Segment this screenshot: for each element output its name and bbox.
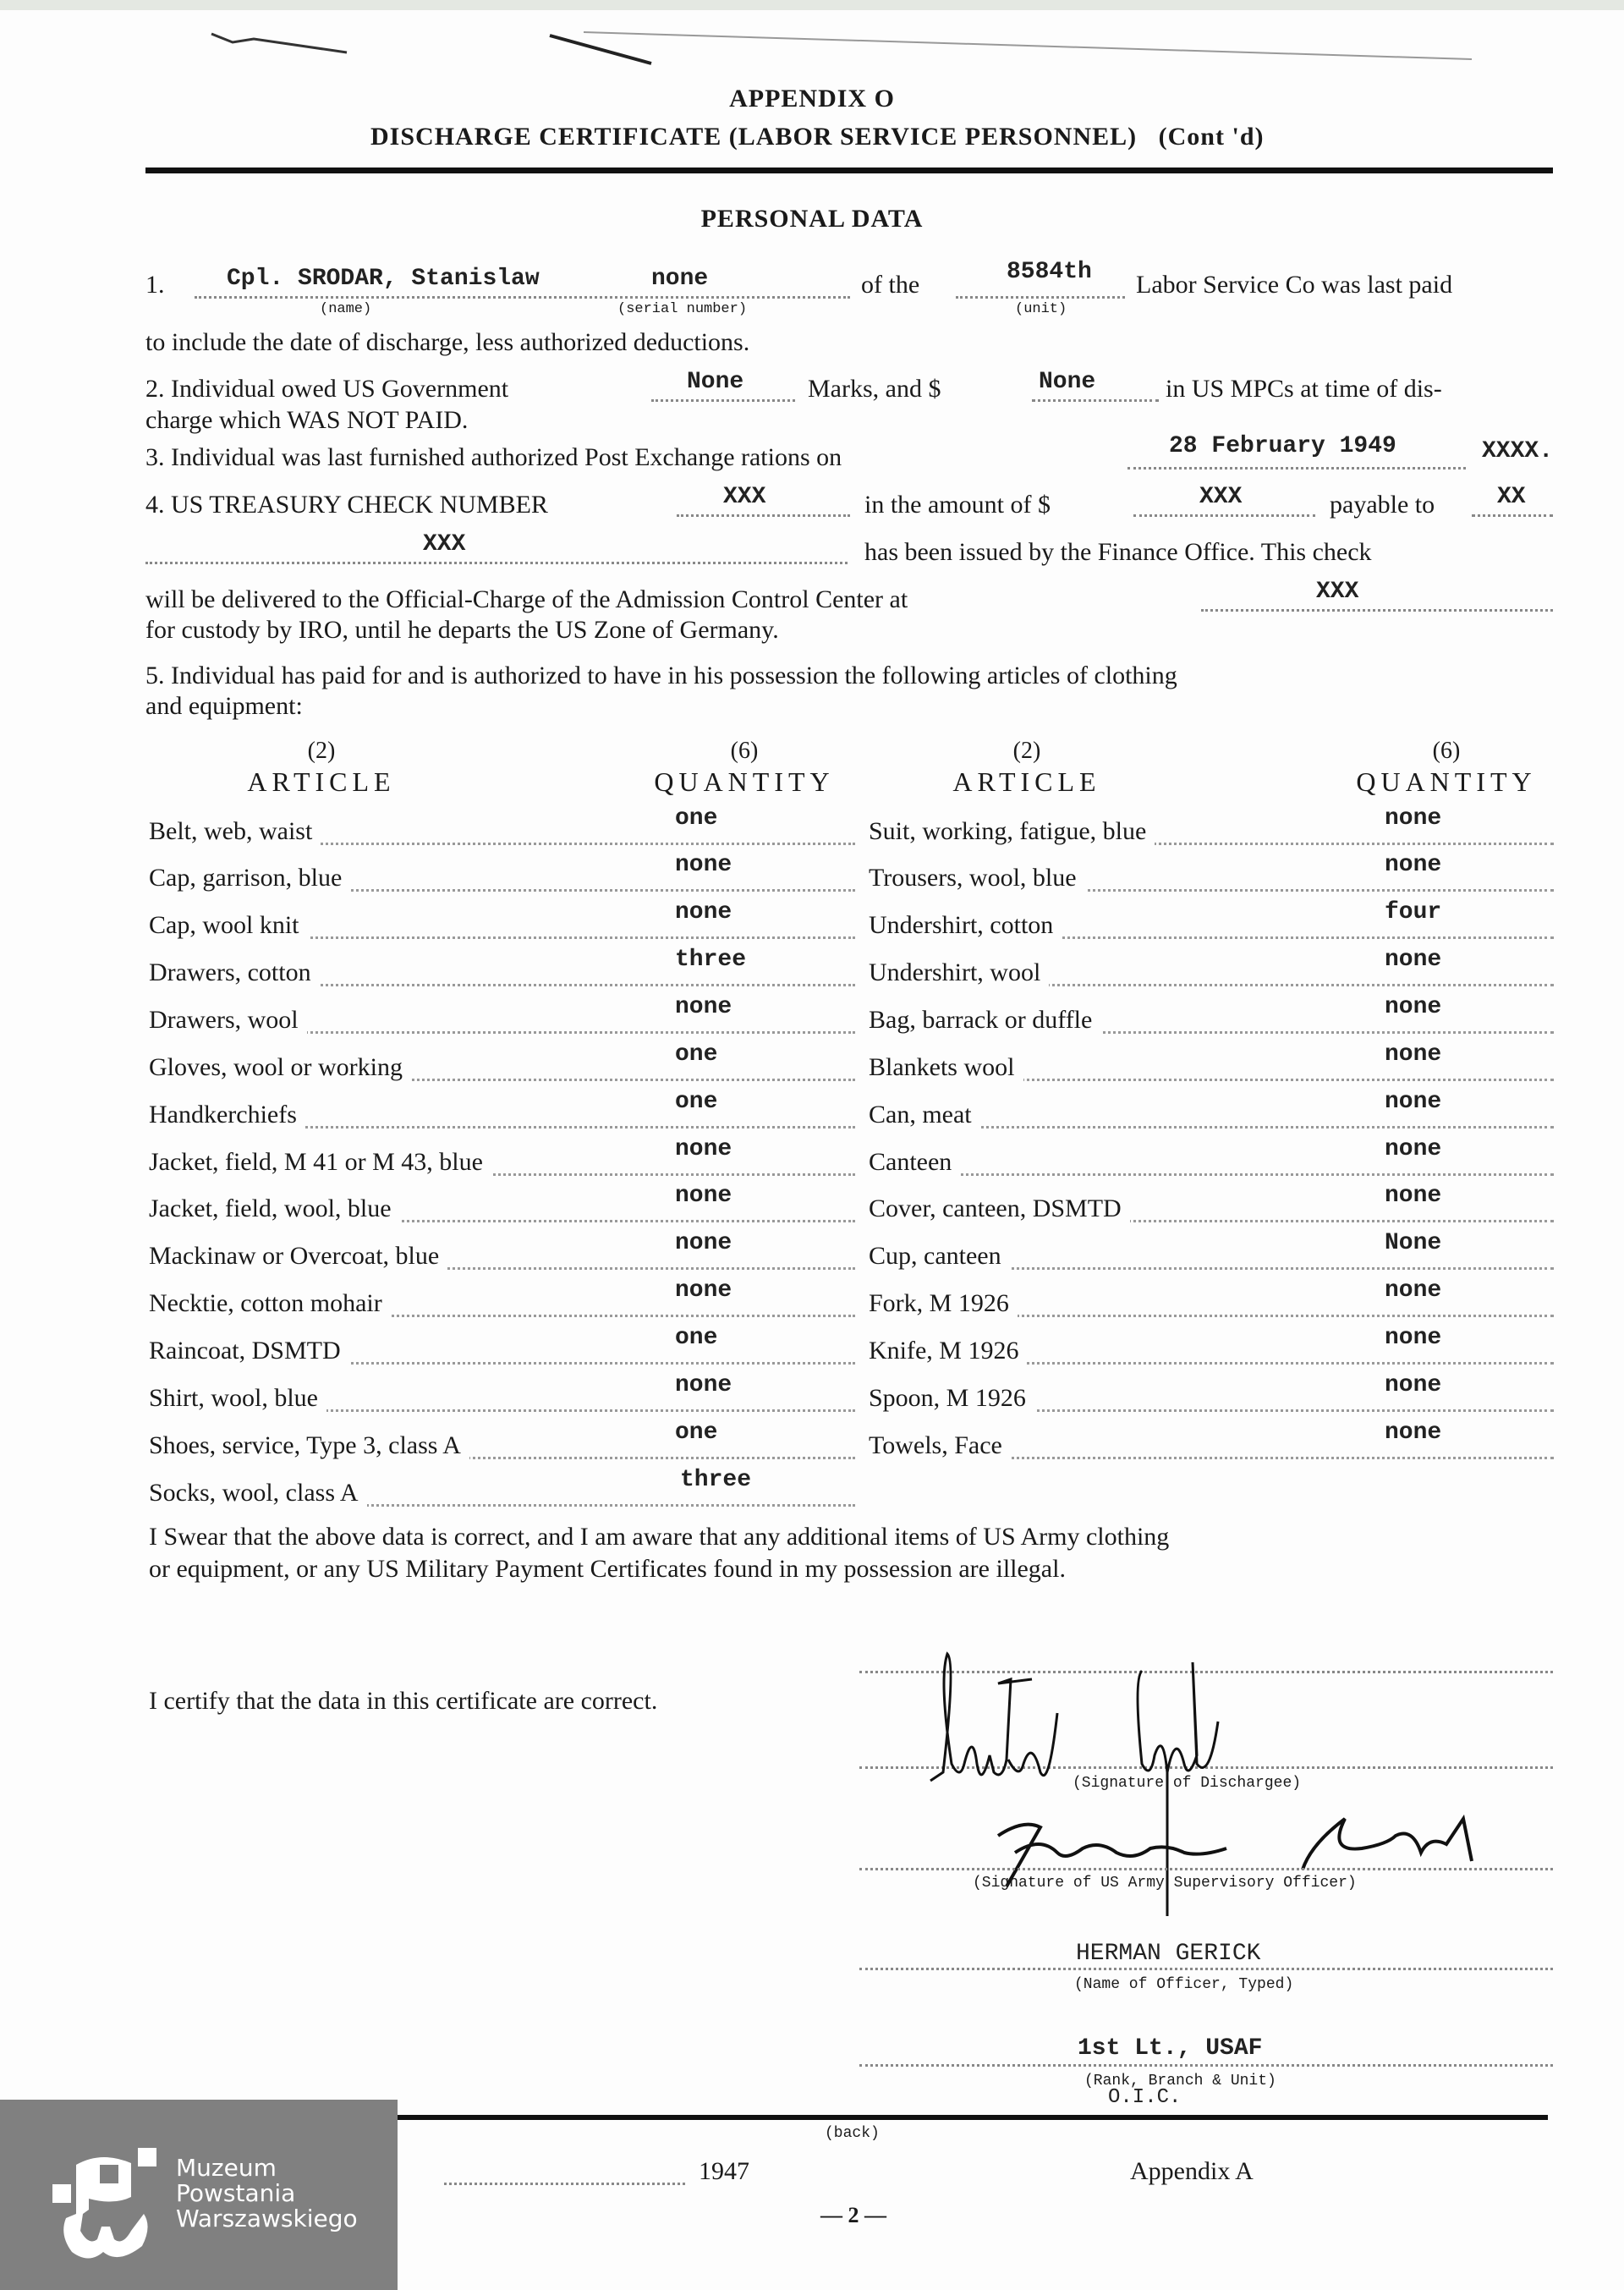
item4-payee-line [145, 562, 848, 564]
table-row: Canteennone [869, 1148, 1554, 1195]
article-qty: none [1385, 1041, 1441, 1068]
article-name: Handkerchiefs [149, 1101, 305, 1129]
col-right-qty-num: (6) [1370, 738, 1522, 765]
item1-of-the: of the [861, 271, 919, 299]
item2-prefix: 2. Individual owed US Government [145, 375, 508, 404]
item4-check-value: XXX [723, 484, 765, 510]
article-qty: none [1385, 1277, 1441, 1304]
article-qty: none [1385, 805, 1441, 832]
museum-watermark: Muzeum Powstania Warszawskiego [0, 2100, 398, 2290]
article-qty: none [675, 1136, 732, 1162]
form-year: 1947 [699, 2157, 749, 2186]
article-name: Mackinaw or Overcoat, blue [149, 1242, 447, 1271]
table-row: Cup, canteenNone [869, 1242, 1554, 1289]
item4-line4: for custody by IRO, until he departs the… [145, 616, 779, 645]
table-row: Mackinaw or Overcoat, bluenone [149, 1242, 855, 1289]
article-qty: one [675, 1325, 717, 1351]
officer-name-line [859, 1968, 1553, 1970]
scan-top-edge [0, 0, 1624, 10]
article-name: Cap, wool knit [149, 911, 308, 940]
article-name: Blankets wool [869, 1053, 1023, 1082]
table-row: Trousers, wool, bluenone [869, 864, 1554, 911]
officer-rank-line [859, 2064, 1553, 2067]
museum-name-line2: Powstania [176, 2181, 358, 2206]
officer-rank-extra: O.I.C. [1108, 2086, 1181, 2109]
table-row: Socks, wool, class Athree [149, 1479, 855, 1526]
article-qty: none [1385, 1420, 1441, 1446]
article-name: Cup, canteen [869, 1242, 1010, 1271]
item3-date-line [1127, 467, 1466, 470]
museum-name-line3: Warszawskiego [176, 2206, 358, 2232]
article-name: Cap, garrison, blue [149, 864, 350, 892]
kotwica-anchor-icon [51, 2146, 165, 2260]
table-row: Necktie, cotton mohairnone [149, 1289, 855, 1337]
museum-name: Muzeum Powstania Warszawskiego [176, 2155, 358, 2232]
article-name: Towels, Face [869, 1431, 1011, 1460]
col-left-article-num: (2) [245, 738, 398, 765]
page-number: — 2 — [820, 2203, 886, 2228]
col-left-article: ARTICLE [203, 766, 440, 798]
article-name: Socks, wool, class A [149, 1479, 367, 1507]
article-qty: one [675, 1089, 717, 1115]
article-qty: none [1385, 994, 1441, 1020]
table-row: Jacket, field, M 41 or M 43, bluenone [149, 1148, 855, 1195]
article-qty: one [675, 1041, 717, 1068]
item4-check-line [677, 514, 850, 517]
officer-rank-value: 1st Lt., USAF [1078, 2035, 1262, 2062]
item3-date-value: 28 February 1949 [1169, 433, 1396, 459]
article-name: Drawers, cotton [149, 958, 320, 987]
article-qty: three [680, 1467, 751, 1493]
article-name: Jacket, field, wool, blue [149, 1194, 400, 1223]
item4-center-value: XXX [1316, 579, 1358, 605]
article-qty: None [1385, 1230, 1441, 1256]
item4-issued-text: has been issued by the Finance Office. T… [864, 538, 1372, 567]
article-name: Knife, M 1926 [869, 1337, 1027, 1365]
item4-amount-line [1133, 514, 1315, 517]
article-name: Raincoat, DSMTD [149, 1337, 349, 1365]
article-name: Undershirt, wool [869, 958, 1049, 987]
section-title: PERSONAL DATA [0, 205, 1624, 233]
col-left-qty-num: (6) [668, 738, 820, 765]
item2-marks-value: None [687, 369, 743, 395]
table-row: Drawers, cottonthree [149, 958, 855, 1006]
article-name: Gloves, wool or working [149, 1053, 411, 1082]
table-row: Undershirt, woolnone [869, 958, 1554, 1006]
document-title-text: DISCHARGE CERTIFICATE (LABOR SERVICE PER… [370, 123, 1137, 151]
article-qty: none [1385, 1136, 1441, 1162]
article-name: Belt, web, waist [149, 817, 321, 846]
officer-signature-caption: (Signature of US Army Supervisory Office… [973, 1875, 1357, 1892]
certify-statement: I certify that the data in this certific… [149, 1687, 657, 1716]
table-row: Fork, M 1926none [869, 1289, 1554, 1337]
table-row: Knife, M 1926none [869, 1337, 1554, 1384]
table-row: Cap, garrison, bluenone [149, 864, 855, 911]
item1-serial-value: none [651, 266, 708, 292]
table-row: Raincoat, DSMTDone [149, 1337, 855, 1384]
col-right-article-num: (2) [951, 738, 1103, 765]
caption-unit: (unit) [1015, 301, 1067, 317]
row-leader-dots [869, 1173, 1554, 1176]
article-qty: none [1385, 852, 1441, 878]
table-row: Cover, canteen, DSMTDnone [869, 1194, 1554, 1242]
article-name: Jacket, field, M 41 or M 43, blue [149, 1148, 491, 1177]
item2-line2: charge which WAS NOT PAID. [145, 406, 468, 435]
article-qty: none [675, 899, 732, 925]
article-name: Shoes, service, Type 3, class A [149, 1431, 469, 1460]
item2-mid: Marks, and $ [808, 375, 941, 404]
article-name: Drawers, wool [149, 1006, 307, 1035]
item2-dollars-line [1032, 399, 1159, 402]
article-qty: none [1385, 1183, 1441, 1209]
museum-name-line1: Muzeum [176, 2155, 358, 2181]
item5-line1: 5. Individual has paid for and is author… [145, 662, 1177, 690]
item4-payable-line [1472, 514, 1553, 517]
item1-line2: to include the date of discharge, less a… [145, 328, 749, 357]
officer-name-caption: (Name of Officer, Typed) [1074, 1976, 1293, 1993]
article-name: Undershirt, cotton [869, 911, 1062, 940]
table-row: Bag, barrack or dufflenone [869, 1006, 1554, 1053]
item4-prefix: 4. US TREASURY CHECK NUMBER [145, 491, 548, 519]
item4-payable-label: payable to [1330, 491, 1435, 519]
article-name: Canteen [869, 1148, 960, 1177]
officer-signature-line [859, 1868, 1553, 1870]
table-row: Spoon, M 1926none [869, 1384, 1554, 1431]
table-row: Gloves, wool or workingone [149, 1053, 855, 1101]
article-name: Cover, canteen, DSMTD [869, 1194, 1130, 1223]
item2-marks-line [651, 399, 795, 402]
article-name: Necktie, cotton mohair [149, 1289, 391, 1318]
table-row: Cap, wool knitnone [149, 911, 855, 958]
caption-name: (name) [320, 301, 371, 317]
table-row: Can, meatnone [869, 1101, 1554, 1148]
item2-tail: in US MPCs at time of dis- [1166, 375, 1442, 404]
table-row: Shirt, wool, bluenone [149, 1384, 855, 1431]
article-qty: none [1385, 1372, 1441, 1398]
article-name: Trousers, wool, blue [869, 864, 1085, 892]
item4-payee-value: XXX [423, 531, 465, 557]
item4-amount-label: in the amount of $ [864, 491, 1051, 519]
appendix-title: APPENDIX O [0, 85, 1624, 113]
item1-number: 1. [145, 271, 165, 299]
col-right-article: ARTICLE [908, 766, 1145, 798]
article-qty: none [1385, 947, 1441, 973]
article-name: Bag, barrack or duffle [869, 1006, 1100, 1035]
item1-unit-value: 8584th [1007, 259, 1092, 285]
item4-amount-value: XXX [1199, 484, 1242, 510]
article-qty: one [675, 1420, 717, 1446]
col-left-qty: QUANTITY [617, 766, 871, 798]
article-qty: none [1385, 1325, 1441, 1351]
article-qty: none [675, 1183, 732, 1209]
table-row: Undershirt, cottonfour [869, 911, 1554, 958]
table-row: Belt, web, waistone [149, 817, 855, 865]
article-qty: three [675, 947, 746, 973]
table-row: Jacket, field, wool, bluenone [149, 1194, 855, 1242]
item3-prefix: 3. Individual was last furnished authori… [145, 443, 842, 472]
table-row: Handkerchiefsone [149, 1101, 855, 1148]
header-rule [145, 167, 1553, 173]
item4-line3: will be delivered to the Official-Charge… [145, 585, 908, 614]
item1-tail: Labor Service Co was last paid [1136, 271, 1452, 299]
caption-serial: (serial number) [617, 301, 747, 317]
article-qty: none [675, 994, 732, 1020]
article-qty: one [675, 805, 717, 832]
item3-struck-text: XXXX. [1482, 438, 1553, 464]
item4-center-line [1201, 609, 1553, 612]
col-right-qty: QUANTITY [1319, 766, 1573, 798]
oath-line1: I Swear that the above data is correct, … [149, 1523, 1169, 1551]
article-name: Shirt, wool, blue [149, 1384, 326, 1413]
article-qty: none [675, 1230, 732, 1256]
item2-dollars-value: None [1039, 369, 1095, 395]
scan-artifact-marks [203, 25, 1556, 68]
article-qty: none [675, 1372, 732, 1398]
table-row: Drawers, woolnone [149, 1006, 855, 1053]
table-row: Suit, working, fatigue, bluenone [869, 817, 1554, 865]
item1-name-value: Cpl. SRODAR, Stanislaw [227, 266, 540, 292]
document-title: DISCHARGE CERTIFICATE (LABOR SERVICE PER… [370, 123, 1265, 151]
table-row: Towels, Facenone [869, 1431, 1554, 1479]
officer-name-typed: HERMAN GERICK [1076, 1941, 1260, 1967]
dischargee-signature-caption: (Signature of Dischargee) [1073, 1775, 1301, 1792]
item5-line2: and equipment: [145, 692, 303, 721]
article-qty: four [1385, 899, 1441, 925]
article-qty: none [675, 1277, 732, 1304]
form-date-line [444, 2183, 685, 2185]
item1-unit-line [956, 296, 1125, 299]
back-label: (back) [825, 2125, 880, 2142]
oath-line2: or equipment, or any US Military Payment… [149, 1555, 1066, 1584]
document-title-cont: (Cont 'd) [1159, 123, 1265, 151]
article-qty: none [675, 852, 732, 878]
item4-payable-value: XX [1497, 484, 1526, 510]
article-name: Fork, M 1926 [869, 1289, 1018, 1318]
article-name: Can, meat [869, 1101, 980, 1129]
item1-name-line [195, 296, 850, 299]
appendix-a-label: Appendix A [1130, 2157, 1254, 2186]
article-name: Spoon, M 1926 [869, 1384, 1034, 1413]
article-name: Suit, working, fatigue, blue [869, 817, 1155, 846]
table-row: Blankets woolnone [869, 1053, 1554, 1101]
article-qty: none [1385, 1089, 1441, 1115]
